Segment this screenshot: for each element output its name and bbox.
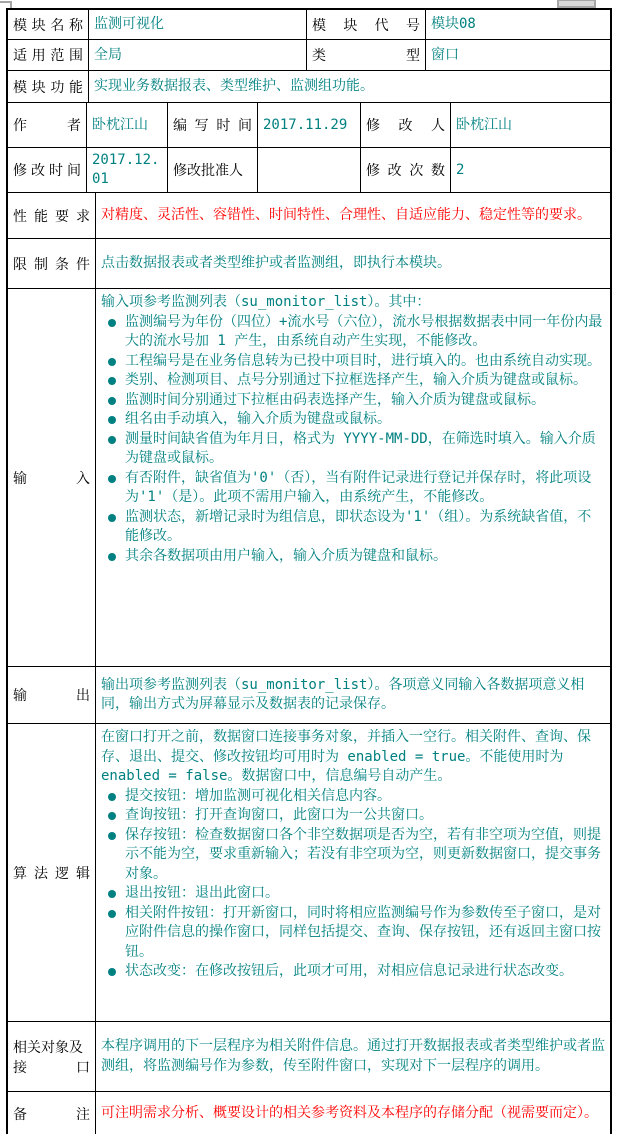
output-value: 输出项参考监测列表（su_monitor_list）。各项意义同输入各数据项意义… xyxy=(95,667,610,723)
row-related-objects: 相关对象及 接口 本程序调用的下一层程序为相关附件信息。通过打开数据报表或者类型… xyxy=(8,1021,610,1091)
row-module-function: 模块功能 实现业务数据报表、类型维护、监测组功能。 xyxy=(8,70,610,102)
restriction-value: 点击数据报表或者类型维护或者监测组，即执行本模块。 xyxy=(95,239,610,288)
remark-value-text: 可注明需求分析、概要设计的相关参考资料及本程序的存储分配（视需要而定）。 xyxy=(101,1104,605,1124)
row-scope: 适用范围 全局 类型 窗口 xyxy=(8,39,610,70)
input-bullet-list: 监测编号为年份（四位）+流水号（六位），流水号根据数据表中同一年份内最大的流水号… xyxy=(101,313,605,567)
remark-label-text: 备注 xyxy=(13,1104,90,1124)
type-label: 类型 xyxy=(306,40,425,70)
restriction-label-text: 限制条件 xyxy=(13,254,90,274)
algorithm-content: 在窗口打开之前，数据窗口连接事务对象，并插入一空行。相关附件、查询、保存、退出、… xyxy=(101,728,605,982)
modify-count-value: 2 xyxy=(450,148,610,192)
modifier-label-text: 修改人 xyxy=(366,115,445,135)
table-corner-handle-icon xyxy=(0,1,12,8)
scope-value: 全局 xyxy=(88,40,306,70)
module-function-label: 模块功能 xyxy=(8,71,88,102)
row-performance: 性能要求 对精度、灵活性、容错性、时间特性、合理性、自适应能力、稳定性等的要求。 xyxy=(8,192,610,238)
write-date-label: 编写时间 xyxy=(167,103,257,147)
module-function-value-text: 实现业务数据报表、类型维护、监测组功能。 xyxy=(94,77,374,96)
author-value: 卧枕江山 xyxy=(86,103,167,147)
scope-label: 适用范围 xyxy=(8,40,88,70)
module-function-value: 实现业务数据报表、类型维护、监测组功能。 xyxy=(88,71,610,102)
algorithm-label: 算法逻辑 xyxy=(8,724,95,1021)
algorithm-value: 在窗口打开之前，数据窗口连接事务对象，并插入一空行。相关附件、查询、保存、退出、… xyxy=(95,724,610,1021)
list-item: 退出按钮：退出此窗口。 xyxy=(101,884,605,904)
related-objects-label-line2: 接口 xyxy=(13,1057,90,1077)
module-code-value-text: 模块08 xyxy=(431,15,476,34)
write-date-value-text: 2017.11.29 xyxy=(263,116,347,135)
input-label-text: 输入 xyxy=(13,468,90,488)
input-label: 输入 xyxy=(8,289,95,666)
modifier-label: 修改人 xyxy=(360,103,450,147)
related-objects-label: 相关对象及 接口 xyxy=(8,1022,95,1091)
author-label: 作者 xyxy=(8,103,86,147)
scope-value-text: 全局 xyxy=(94,46,122,65)
output-label: 输出 xyxy=(8,667,95,723)
list-item: 监测编号为年份（四位）+流水号（六位），流水号根据数据表中同一年份内最大的流水号… xyxy=(101,313,605,352)
row-restriction: 限制条件 点击数据报表或者类型维护或者监测组，即执行本模块。 xyxy=(8,238,610,288)
performance-value-text: 对精度、灵活性、容错性、时间特性、合理性、自适应能力、稳定性等的要求。 xyxy=(101,206,605,226)
modify-date-value: 2017.12.01 xyxy=(86,148,167,192)
performance-value: 对精度、灵活性、容错性、时间特性、合理性、自适应能力、稳定性等的要求。 xyxy=(95,193,610,238)
row-modify-date: 修改时间 2017.12.01 修改批准人 修改次数 2 xyxy=(8,147,610,192)
module-spec-table: 模块名称 监测可视化 模块代号 模块08 适用范围 全局 类型 窗口 模块功能 … xyxy=(6,8,612,1134)
modify-date-label-text: 修改时间 xyxy=(13,160,81,180)
type-value-text: 窗口 xyxy=(431,46,459,65)
list-item: 其余各数据项由用户输入，输入介质为键盘和鼠标。 xyxy=(101,547,605,567)
row-author: 作者 卧枕江山 编写时间 2017.11.29 修改人 卧枕江山 xyxy=(8,102,610,147)
row-module-name: 模块名称 监测可视化 模块代号 模块08 xyxy=(8,10,610,39)
related-objects-label-text: 相关对象及 接口 xyxy=(13,1037,90,1077)
type-value: 窗口 xyxy=(425,40,610,70)
modify-approver-value xyxy=(257,148,360,192)
module-code-label-text: 模块代号 xyxy=(312,15,420,35)
remark-label: 备注 xyxy=(8,1092,95,1134)
module-code-value: 模块08 xyxy=(425,10,610,39)
related-objects-value-text: 本程序调用的下一层程序为相关附件信息。通过打开数据报表或者类型维护或者监测组，将… xyxy=(101,1037,605,1076)
write-date-value: 2017.11.29 xyxy=(257,103,360,147)
input-intro: 输入项参考监测列表（su_monitor_list）。其中： xyxy=(101,293,605,313)
algorithm-bullet-list: 提交按钮：增加监测可视化相关信息内容。 查询按钮：打开查询窗口，此窗口为一公共窗… xyxy=(101,787,605,982)
modify-count-value-text: 2 xyxy=(456,161,464,180)
module-name-label-text: 模块名称 xyxy=(13,15,83,35)
list-item: 保存按钮：检查数据窗口各个非空数据项是否为空，若有非空项为空值，则提示不能为空，… xyxy=(101,826,605,885)
list-item: 提交按钮：增加监测可视化相关信息内容。 xyxy=(101,787,605,807)
scope-label-text: 适用范围 xyxy=(13,45,83,65)
list-item: 组名由手动填入，输入介质为键盘或鼠标。 xyxy=(101,410,605,430)
performance-label: 性能要求 xyxy=(8,193,95,238)
module-function-label-text: 模块功能 xyxy=(13,77,83,97)
input-value: 输入项参考监测列表（su_monitor_list）。其中： 监测编号为年份（四… xyxy=(95,289,610,666)
list-item: 查询按钮：打开查询窗口，此窗口为一公共窗口。 xyxy=(101,806,605,826)
module-name-label: 模块名称 xyxy=(8,10,88,39)
restriction-label: 限制条件 xyxy=(8,239,95,288)
modify-approver-label: 修改批准人 xyxy=(167,148,257,192)
list-item: 有否附件，缺省值为'0'（否），当有附件记录进行登记并保存时，将此项设为'1'（… xyxy=(101,469,605,508)
module-name-value: 监测可视化 xyxy=(88,10,306,39)
algorithm-intro: 在窗口打开之前，数据窗口连接事务对象，并插入一空行。相关附件、查询、保存、退出、… xyxy=(101,728,605,787)
output-value-text: 输出项参考监测列表（su_monitor_list）。各项意义同输入各数据项意义… xyxy=(101,676,605,715)
type-label-text: 类型 xyxy=(312,45,420,65)
author-value-text: 卧枕江山 xyxy=(92,116,148,135)
row-remark: 备注 可注明需求分析、概要设计的相关参考资料及本程序的存储分配（视需要而定）。 xyxy=(8,1091,610,1134)
modify-count-label-text: 修改次数 xyxy=(366,160,445,180)
list-item: 测量时间缺省值为年月日，格式为 YYYY-MM-DD，在筛选时填入。输入介质为键… xyxy=(101,430,605,469)
row-output: 输出 输出项参考监测列表（su_monitor_list）。各项意义同输入各数据… xyxy=(8,666,610,723)
remark-value: 可注明需求分析、概要设计的相关参考资料及本程序的存储分配（视需要而定）。 xyxy=(95,1092,610,1134)
list-item: 监测状态，新增记录时为组信息，即状态设为'1'（组）。为系统缺省值，不能修改。 xyxy=(101,508,605,547)
row-input: 输入 输入项参考监测列表（su_monitor_list）。其中： 监测编号为年… xyxy=(8,288,610,666)
algorithm-label-text: 算法逻辑 xyxy=(13,863,90,883)
output-label-text: 输出 xyxy=(13,685,90,705)
row-algorithm: 算法逻辑 在窗口打开之前，数据窗口连接事务对象，并插入一空行。相关附件、查询、保… xyxy=(8,723,610,1021)
list-item: 相关附件按钮：打开新窗口，同时将相应监测编号作为参数传至子窗口，是对应附件信息的… xyxy=(101,904,605,963)
modify-date-value-text: 2017.12.01 xyxy=(92,151,162,189)
list-item: 工程编号是在业务信息转为已投中项目时，进行填入的。也由系统自动实现。 xyxy=(101,352,605,372)
modify-date-label: 修改时间 xyxy=(8,148,86,192)
modifier-value-text: 卧枕江山 xyxy=(456,116,514,135)
module-name-value-text: 监测可视化 xyxy=(94,15,164,34)
write-date-label-text: 编写时间 xyxy=(173,115,252,135)
modify-count-label: 修改次数 xyxy=(360,148,450,192)
list-item: 状态改变：在修改按钮后，此项才可用，对相应信息记录进行状态改变。 xyxy=(101,962,605,982)
related-objects-label-line1: 相关对象及 xyxy=(13,1037,90,1057)
restriction-value-text: 点击数据报表或者类型维护或者监测组，即执行本模块。 xyxy=(101,254,605,274)
modifier-value: 卧枕江山 xyxy=(450,103,610,147)
author-label-text: 作者 xyxy=(13,115,81,135)
modify-approver-label-text: 修改批准人 xyxy=(173,160,252,180)
performance-label-text: 性能要求 xyxy=(13,206,90,226)
list-item: 监测时间分别通过下拉框由码表选择产生，输入介质为键盘或鼠标。 xyxy=(101,391,605,411)
input-content: 输入项参考监测列表（su_monitor_list）。其中： 监测编号为年份（四… xyxy=(101,293,605,566)
list-item: 类别、检测项目、点号分别通过下拉框选择产生，输入介质为键盘或鼠标。 xyxy=(101,371,605,391)
module-code-label: 模块代号 xyxy=(306,10,425,39)
related-objects-value: 本程序调用的下一层程序为相关附件信息。通过打开数据报表或者类型维护或者监测组，将… xyxy=(95,1022,610,1091)
column-resize-handle-icon[interactable] xyxy=(557,0,596,8)
